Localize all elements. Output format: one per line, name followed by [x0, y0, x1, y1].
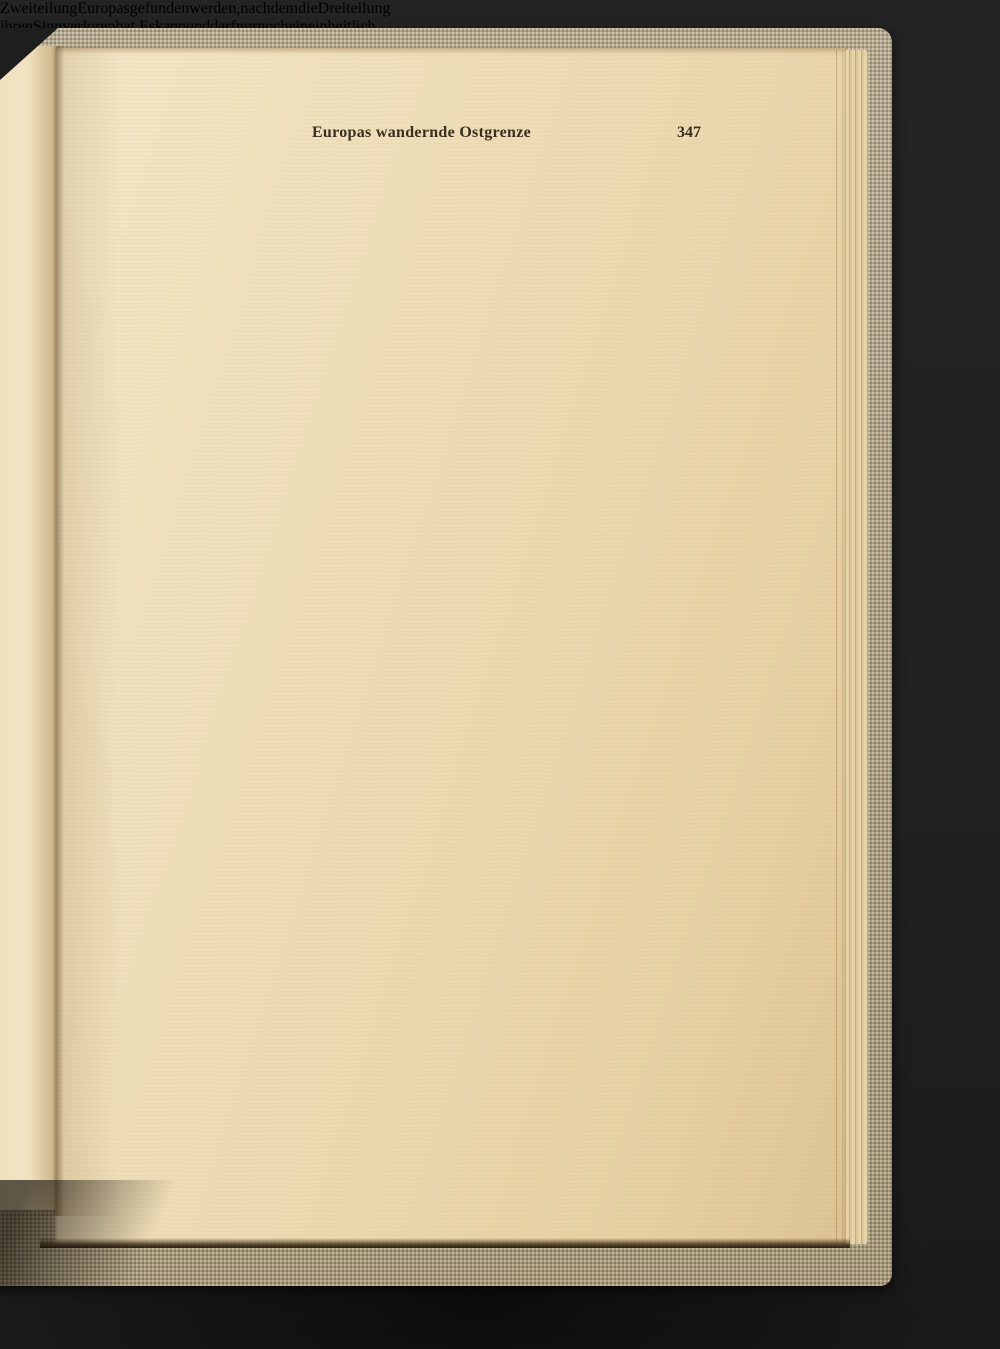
page-crease-line	[842, 50, 843, 1242]
page-block-fore-edge	[846, 50, 868, 1244]
scan-background: Europas wandernde Ostgrenze 347 Zweiteil…	[0, 0, 1000, 1349]
page-number: 347	[677, 124, 701, 142]
running-title: Europas wandernde Ostgrenze	[140, 124, 703, 142]
cover-shadow	[0, 1180, 196, 1288]
gutter-fold-shadow	[30, 46, 120, 1216]
page-header: Europas wandernde Ostgrenze 347	[140, 124, 703, 144]
page-crease-line	[836, 50, 837, 1242]
book-page	[55, 48, 846, 1244]
text-line: ZweiteilungEuropasgefundenwerden,nachdem…	[0, 0, 1000, 18]
